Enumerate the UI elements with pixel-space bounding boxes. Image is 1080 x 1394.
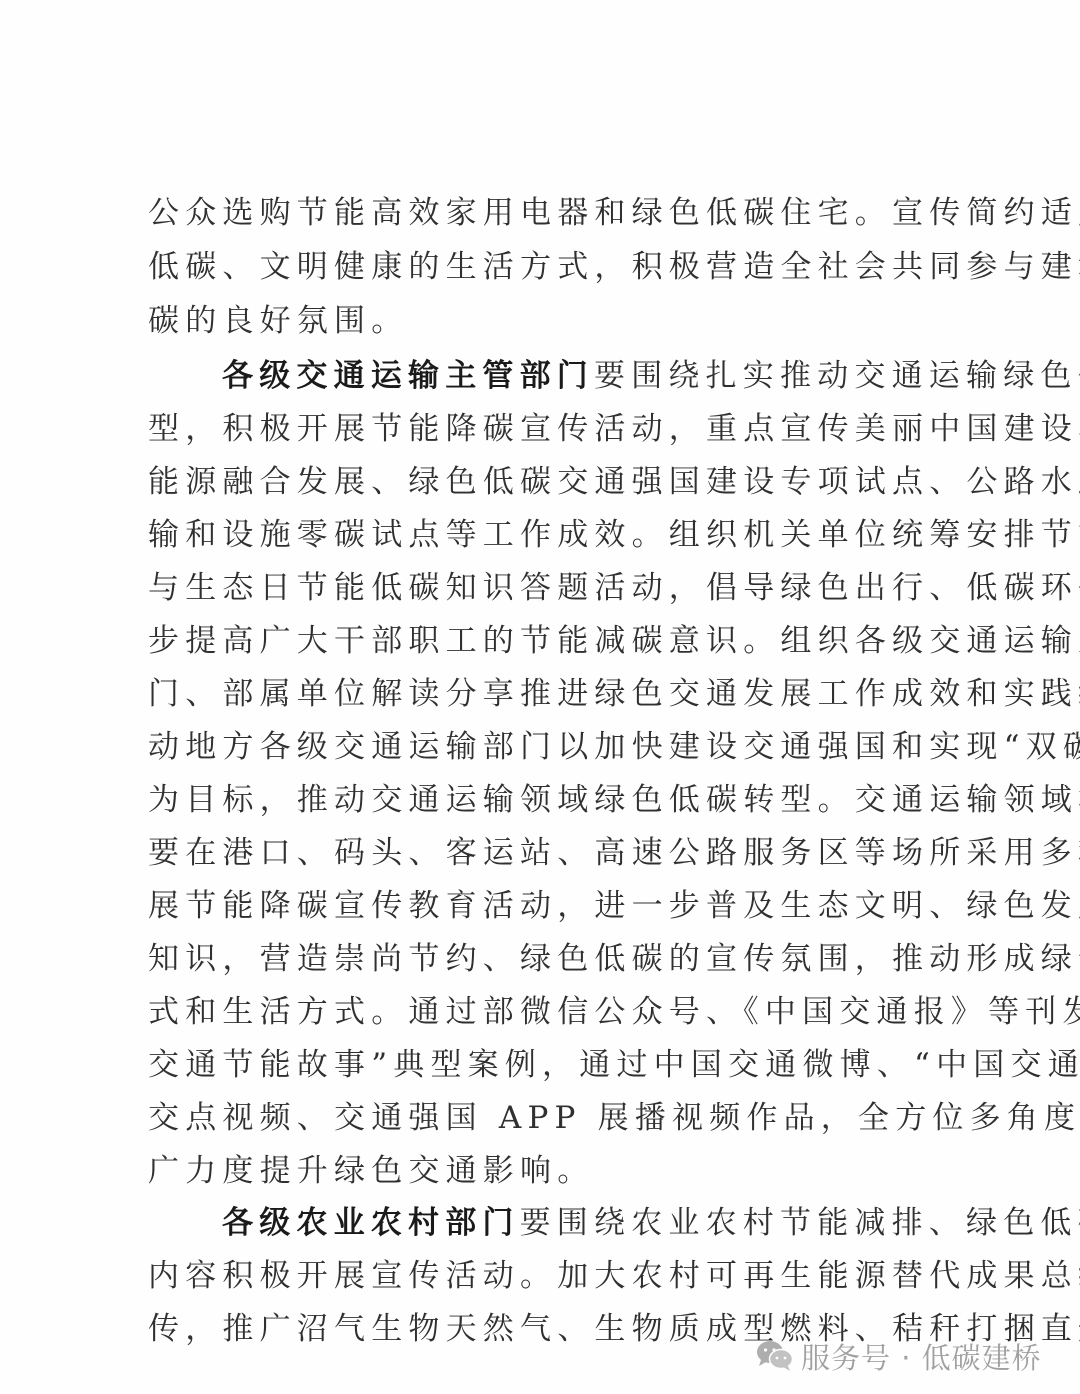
paragraph-2-line-11: 展节能降碳宣传教育活动，进一步普及生态文明、绿色发展理念和 (148, 886, 932, 926)
paragraph-2-line-2: 型，积极开展节能降碳宣传活动，重点宣传美丽中国建设、交通与 (148, 409, 932, 449)
paragraph-2-line-7: 门、部属单位解读分享推进绿色交通发展工作成效和实践经验，带 (148, 674, 932, 714)
paragraph-2-lead: 各级交通运输主管部门 (222, 358, 594, 394)
paragraph-2-line-3: 能源融合发展、绿色低碳交通强国建设专项试点、公路水路典型运 (148, 462, 932, 502)
paragraph-2-line-6: 步提高广大干部职工的节能减碳意识。组织各级交通运输主管部 (148, 621, 932, 661)
paragraph-2-line-16: 广力度提升绿色交通影响。 (148, 1151, 932, 1191)
paragraph-2-line-4: 输和设施零碳试点等工作成效。组织机关单位统筹安排节能宣传周 (148, 515, 932, 555)
paragraph-2-line-12: 知识，营造崇尚节约、绿色低碳的宣传氛围，推动形成绿色发展方 (148, 939, 932, 979)
paragraph-2-line-15: 交点视频、交通强国 APP 展播视频作品，全方位多角度加强宣传推 (148, 1098, 932, 1138)
watermark: 服务号 · 低碳建桥 (755, 1334, 1042, 1378)
paragraph-2-line-9: 为目标，推动交通运输领域绿色低碳转型。交通运输领域相关单位 (148, 780, 932, 820)
paragraph-2-line-8: 动地方各级交通运输部门以加快建设交通强国和实现“双碳”战略 (148, 727, 932, 767)
document-page: 公众选购节能高效家用电器和绿色低碳住宅。宣传简约适度、绿色 低碳、文明健康的生活… (0, 0, 1080, 1394)
paragraph-1-line-2: 低碳、文明健康的生活方式，积极营造全社会共同参与建筑节能降 (148, 247, 932, 287)
paragraph-1-line-1: 公众选购节能高效家用电器和绿色低碳住宅。宣传简约适度、绿色 (148, 193, 932, 233)
paragraph-3-line-2: 内容积极开展宣传活动。加大农村可再生能源替代成果总结和宣 (148, 1256, 932, 1296)
paragraph-1-line-3: 碳的良好氛围。 (148, 301, 932, 341)
paragraph-2-line-5: 与生态日节能低碳知识答题活动，倡导绿色出行、低碳环保，进一 (148, 568, 932, 608)
paragraph-2-line-13: 式和生活方式。通过部微信公众号、《中国交通报》等刊发“讲好 (148, 992, 932, 1032)
wechat-icon (755, 1339, 795, 1373)
paragraph-2-line-14: 交通节能故事”典型案例，通过中国交通微博、“中国交通”快手、 (148, 1045, 932, 1085)
paragraph-2-line-1: 各级交通运输主管部门要围绕扎实推动交通运输绿色低碳转 (222, 356, 932, 396)
paragraph-2-first-rest: 要围绕扎实推动交通运输绿色低碳转 (594, 358, 1080, 394)
paragraph-3-line-1: 各级农业农村部门要围绕农业农村节能减排、绿色低碳发展等 (222, 1203, 932, 1243)
paragraph-3-first-rest: 要围绕农业农村节能减排、绿色低碳发展等 (520, 1205, 1080, 1241)
paragraph-2-line-10: 要在港口、码头、客运站、高速公路服务区等场所采用多种方式开 (148, 833, 932, 873)
watermark-text: 服务号 · 低碳建桥 (801, 1336, 1042, 1377)
paragraph-3-lead: 各级农业农村部门 (222, 1205, 520, 1241)
